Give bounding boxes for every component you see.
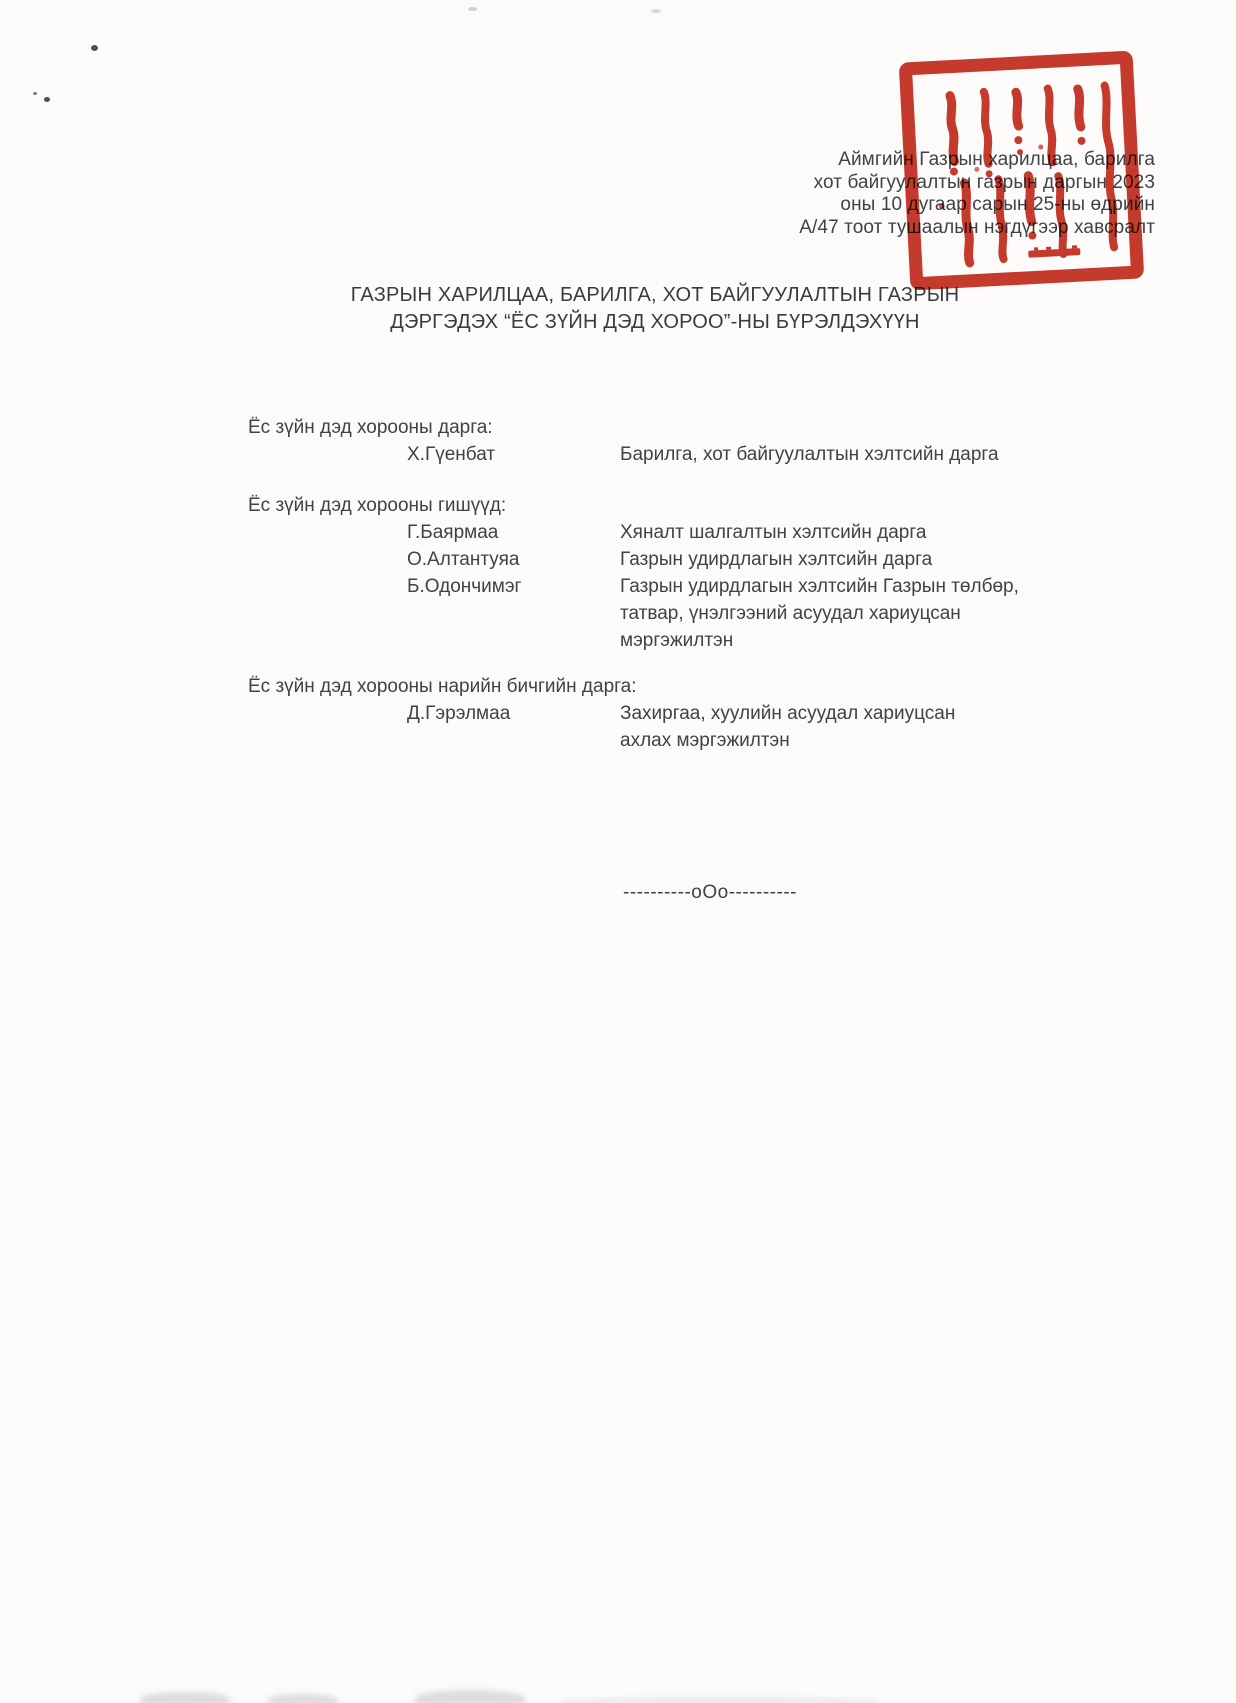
document-title: ГАЗРЫН ХАРИЛЦАА, БАРИЛГА, ХОТ БАЙГУУЛАЛТ… bbox=[74, 282, 1236, 336]
title-line: ДЭРГЭДЭХ “ЁС ЗҮЙН ДЭД ХОРОО”-НЫ БҮРЭЛДЭХ… bbox=[74, 309, 1236, 336]
member-name: Б.Одончимэг bbox=[407, 573, 521, 600]
scan-smudge bbox=[560, 1697, 880, 1703]
section-heading: Ёс зүйн дэд хорооны дарга: bbox=[248, 414, 1128, 441]
member-row: Г.Баярмаа Хяналт шалгалтын хэлтсийн дарг… bbox=[248, 519, 1128, 546]
stamp-script-strokes bbox=[933, 85, 1116, 264]
stamp-seal-icon bbox=[896, 46, 1148, 296]
scan-smudge bbox=[268, 1694, 338, 1703]
section-heading: Ёс зүйн дэд хорооны нарийн бичгийн дарга… bbox=[248, 673, 1128, 700]
section-chairman: Ёс зүйн дэд хорооны дарга: Х.Гүенбат Бар… bbox=[248, 414, 1128, 468]
role-line: татвар, үнэлгээний асуудал хариуцсан bbox=[620, 600, 1120, 627]
stamp-inscription bbox=[1028, 245, 1080, 258]
section-members: Ёс зүйн дэд хорооны гишүүд: Г.Баярмаа Хя… bbox=[248, 492, 1128, 654]
member-row: Б.Одончимэг Газрын удирдлагын хэлтсийн Г… bbox=[248, 573, 1128, 654]
scan-speck bbox=[33, 92, 37, 95]
role-line: Газрын удирдлагын хэлтсийн Газрын төлбөр… bbox=[620, 573, 1120, 600]
member-name: О.Алтантуяа bbox=[407, 546, 519, 573]
member-role: Барилга, хот байгуулалтын хэлтсийн дарга bbox=[620, 441, 1120, 468]
member-role: Газрын удирдлагын хэлтсийн дарга bbox=[620, 546, 1120, 573]
member-row: О.Алтантуяа Газрын удирдлагын хэлтсийн д… bbox=[248, 546, 1128, 573]
footer-separator: ----------оОо---------- bbox=[410, 882, 1010, 904]
document-page: Аймгийн Газрын харилцаа, барилга хот бай… bbox=[0, 0, 1236, 1703]
member-name: Г.Баярмаа bbox=[407, 519, 498, 546]
red-stamp bbox=[896, 46, 1148, 296]
section-secretary: Ёс зүйн дэд хорооны нарийн бичгийн дарга… bbox=[248, 673, 1128, 754]
role-line: Захиргаа, хуулийн асуудал хариуцсан bbox=[620, 700, 1120, 727]
scan-speck bbox=[651, 9, 661, 13]
scan-smudge bbox=[140, 1692, 230, 1703]
member-name: Х.Гүенбат bbox=[407, 441, 495, 468]
role-line: мэргэжилтэн bbox=[620, 627, 1120, 654]
role-line: Барилга, хот байгуулалтын хэлтсийн дарга bbox=[620, 444, 999, 465]
scan-speck bbox=[91, 45, 98, 51]
member-row: Х.Гүенбат Барилга, хот байгуулалтын хэлт… bbox=[248, 441, 1128, 468]
member-role: Хяналт шалгалтын хэлтсийн дарга bbox=[620, 519, 1120, 546]
scan-smudge bbox=[415, 1690, 525, 1703]
member-row: Д.Гэрэлмаа Захиргаа, хуулийн асуудал хар… bbox=[248, 700, 1128, 754]
member-name: Д.Гэрэлмаа bbox=[407, 700, 510, 727]
section-heading: Ёс зүйн дэд хорооны гишүүд: bbox=[248, 492, 1128, 519]
member-role: Захиргаа, хуулийн асуудал хариуцсан ахла… bbox=[620, 700, 1120, 754]
role-line: ахлах мэргэжилтэн bbox=[620, 727, 1120, 754]
role-line: Хяналт шалгалтын хэлтсийн дарга bbox=[620, 522, 926, 543]
scan-speck bbox=[44, 97, 50, 102]
role-line: Газрын удирдлагын хэлтсийн дарга bbox=[620, 549, 932, 570]
scan-speck bbox=[468, 7, 477, 11]
member-role: Газрын удирдлагын хэлтсийн Газрын төлбөр… bbox=[620, 573, 1120, 654]
